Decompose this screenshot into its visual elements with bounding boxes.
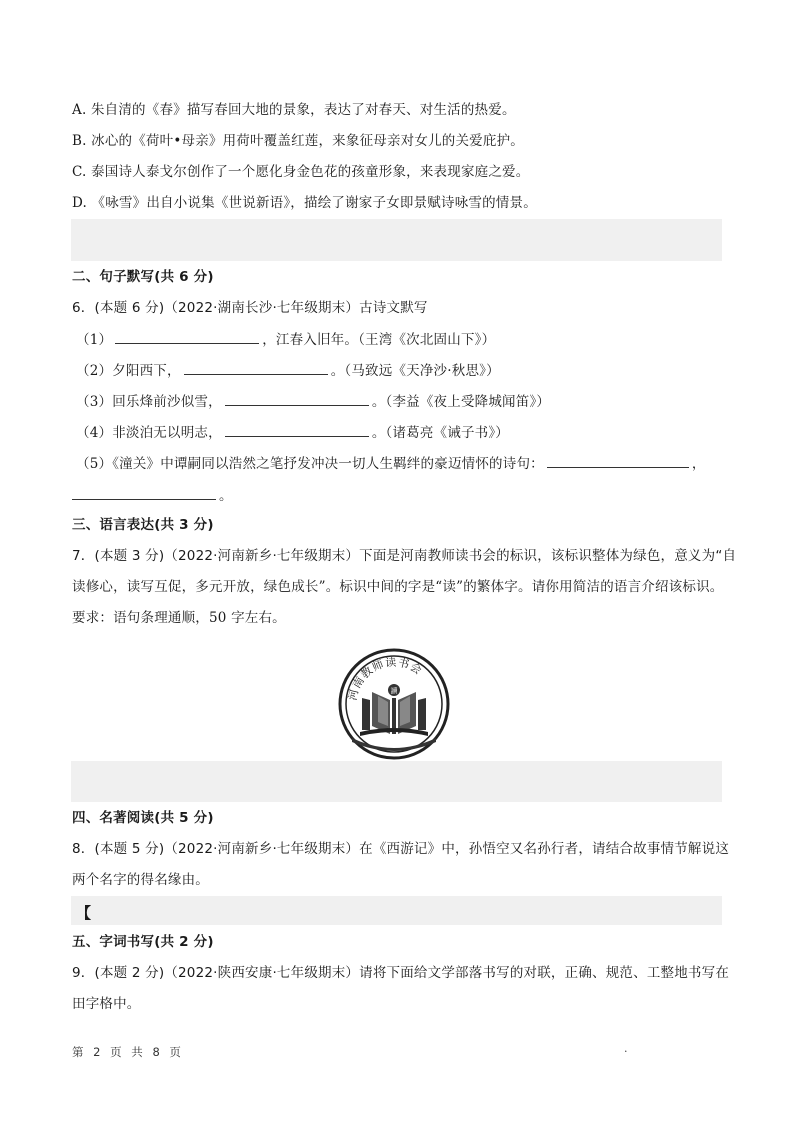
item-number: （1） xyxy=(76,332,112,348)
item-number: （4） xyxy=(76,425,112,441)
page-footer: 第 2 页 共 8 页 xyxy=(72,1044,184,1060)
fill-blank[interactable] xyxy=(115,329,259,344)
option-label: C. xyxy=(72,164,87,180)
question-7-line-1: 7．(本题 3 分)（2022·河南新乡·七年级期末）下面是河南教师读书会的标识… xyxy=(72,546,736,566)
document-page: A. 朱自清的《春》描写春回大地的景象，表达了对春天、对生活的热爱。 B. 冰心… xyxy=(0,0,793,1122)
fill-blank[interactable] xyxy=(72,485,216,500)
item-text: ， xyxy=(692,456,706,472)
q6-item-5-cont: 。 xyxy=(72,485,233,506)
item-text: 。 xyxy=(219,488,233,504)
answer-box-q5[interactable] xyxy=(71,219,722,261)
q6-item-1: （1），江春入旧年。（王湾《次北固山下》） xyxy=(76,329,495,350)
answer-bracket: 【 xyxy=(76,902,91,923)
fill-blank[interactable] xyxy=(184,360,328,375)
option-text: 泰国诗人泰戈尔创作了一个愿化身金色花的孩童形象，来表现家庭之爱。 xyxy=(91,164,529,180)
section-title-4: 四、名著阅读(共 5 分) xyxy=(72,808,214,828)
item-text: 《潼关》中谭嗣同以浩然之笔抒发冲决一切人生羁绊的豪迈情怀的诗句： xyxy=(112,456,544,472)
item-text: 。（马致远《天净沙·秋思》） xyxy=(331,363,500,379)
q6-item-2: （2）夕阳西下，。（马致远《天净沙·秋思》） xyxy=(76,360,500,381)
question-6-head: 6．(本题 6 分)（2022·湖南长沙·七年级期末）古诗文默写 xyxy=(72,298,428,318)
item-number: （5） xyxy=(76,456,112,472)
fill-blank[interactable] xyxy=(225,391,369,406)
option-c: C. 泰国诗人泰戈尔创作了一个愿化身金色花的孩童形象，来表现家庭之爱。 xyxy=(72,162,529,182)
option-d: D. 《咏雪》出自小说集《世说新语》，描绘了谢家子女即景赋诗咏雪的情景。 xyxy=(72,193,537,213)
question-7-line-2: 读修心，读写互促，多元开放，绿色成长”。标识中间的字是“读”的繁体字。请你用简洁… xyxy=(72,577,724,597)
question-8-line-2: 两个名字的得名缘由。 xyxy=(72,870,209,890)
option-a: A. 朱自清的《春》描写春回大地的景象，表达了对春天、对生活的热爱。 xyxy=(72,100,516,120)
question-9-line-2: 田字格中。 xyxy=(72,994,141,1014)
item-text: 回乐烽前沙似雪， xyxy=(112,394,222,410)
footer-dot: . xyxy=(624,1042,628,1055)
section-title-5: 五、字词书写(共 2 分) xyxy=(72,932,214,952)
section-title-3: 三、语言表达(共 3 分) xyxy=(72,515,214,535)
item-text: 。（李益《夜上受降城闻笛》） xyxy=(372,394,550,410)
item-text: ，江春入旧年。（王湾《次北固山下》） xyxy=(262,332,495,348)
section-title-2: 二、句子默写(共 6 分) xyxy=(72,267,214,287)
item-number: （2） xyxy=(76,363,112,379)
answer-box-q7[interactable] xyxy=(71,761,722,802)
logo-center-char: 讀 xyxy=(391,686,399,695)
fill-blank[interactable] xyxy=(547,453,689,468)
option-b: B. 冰心的《荷叶•母亲》用荷叶覆盖红莲，来象征母亲对女儿的关爱庇护。 xyxy=(72,131,524,151)
question-8-line-1: 8．(本题 5 分)（2022·河南新乡·七年级期末）在《西游记》中，孙悟空又名… xyxy=(72,839,729,859)
question-7-line-3: 要求：语句条理通顺，50 字左右。 xyxy=(72,608,286,628)
option-label: B. xyxy=(72,133,87,149)
option-text: 朱自清的《春》描写春回大地的景象，表达了对春天、对生活的热爱。 xyxy=(91,102,516,118)
q6-item-3: （3）回乐烽前沙似雪，。（李益《夜上受降城闻笛》） xyxy=(76,391,550,412)
option-text: 冰心的《荷叶•母亲》用荷叶覆盖红莲，来象征母亲对女儿的关爱庇护。 xyxy=(91,133,524,149)
option-label: D. xyxy=(72,195,87,211)
option-text: 《咏雪》出自小说集《世说新语》，描绘了谢家子女即景赋诗咏雪的情景。 xyxy=(92,195,537,211)
item-number: （3） xyxy=(76,394,112,410)
q6-item-5: （5）《潼关》中谭嗣同以浩然之笔抒发冲决一切人生羁绊的豪迈情怀的诗句：， xyxy=(76,453,706,474)
fill-blank[interactable] xyxy=(225,422,369,437)
item-text: 非淡泊无以明志， xyxy=(112,425,222,441)
answer-box-q8[interactable] xyxy=(71,896,722,925)
q6-item-4: （4）非淡泊无以明志，。（诸葛亮《诫子书》） xyxy=(76,422,509,443)
item-text: 夕阳西下， xyxy=(112,363,181,379)
option-label: A. xyxy=(72,102,86,118)
question-9-line-1: 9．(本题 2 分)（2022·陕西安康·七年级期末）请将下面给文学部落书写的对… xyxy=(72,963,729,983)
item-text: 。（诸葛亮《诫子书》） xyxy=(372,425,509,441)
reading-club-logo: 河南教师读书会 讀 xyxy=(338,648,450,760)
